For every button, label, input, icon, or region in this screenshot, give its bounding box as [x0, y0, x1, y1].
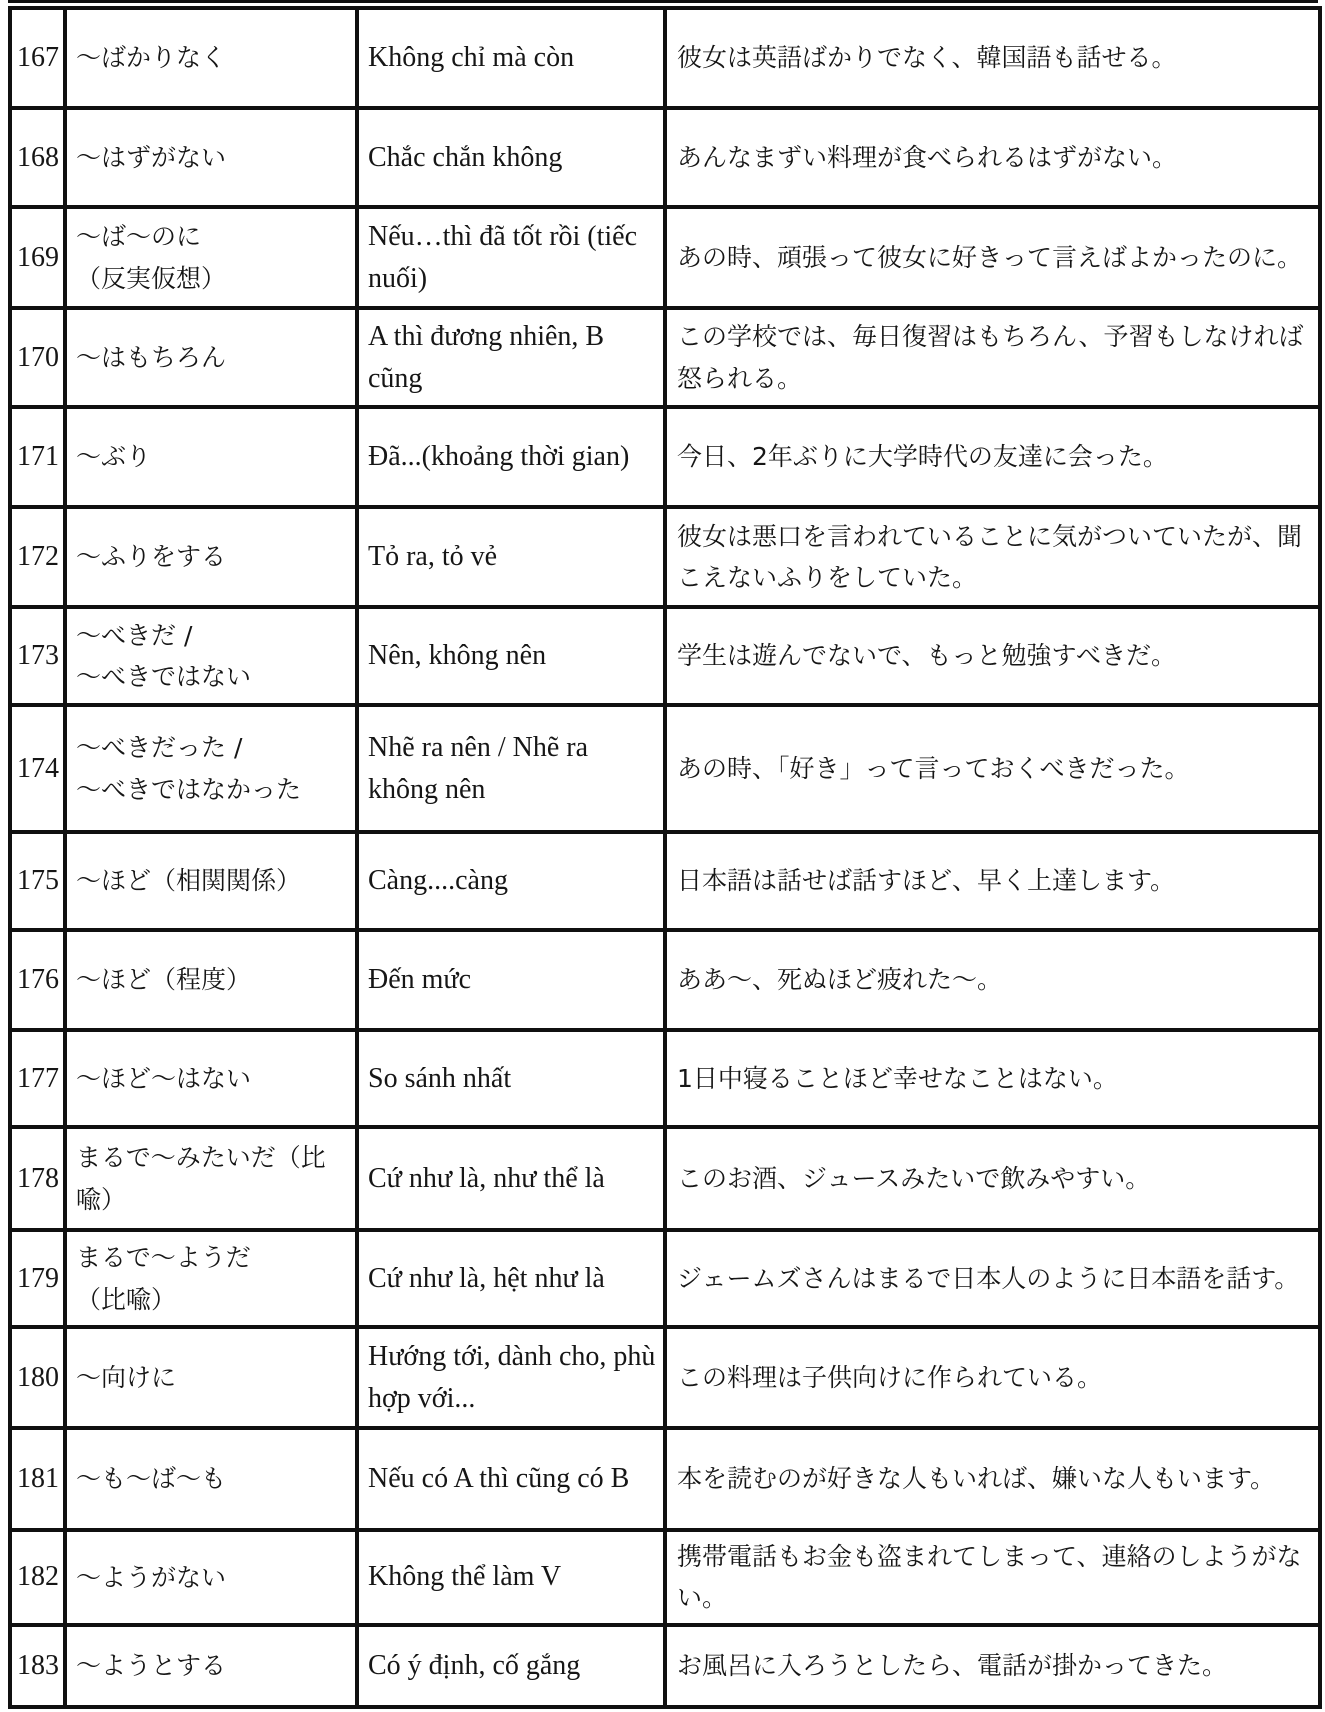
table-row: 183～ようとするCó ý định, cố gắngお風呂に入ろうとしたら、電… [10, 1625, 1320, 1707]
meaning-cell: Đã...(khoảng thời gian) [357, 407, 665, 507]
row-number-cell: 168 [10, 108, 65, 207]
table-row: 169～ば～のに （反実仮想）Nếu…thì đã tốt rồi (tiếc … [10, 207, 1320, 308]
grammar-table: 167～ばかりなくKhông chỉ mà còn彼女は英語ばかりでなく、韓国語… [8, 6, 1322, 1709]
grammar-pattern-cell: ～ようがない [65, 1530, 357, 1625]
meaning-cell: Nếu…thì đã tốt rồi (tiếc nuối) [357, 207, 665, 308]
meaning-cell: Tỏ ra, tỏ vẻ [357, 507, 665, 607]
table-row: 173～べきだ / ～べきではないNên, không nên学生は遊んでないで… [10, 607, 1320, 705]
table-row: 178まるで～みたいだ（比喩）Cứ như là, như thể làこのお酒… [10, 1127, 1320, 1230]
meaning-cell: Nhẽ ra nên / Nhẽ ra không nên [357, 705, 665, 832]
meaning-cell: A thì đương nhiên, B cũng [357, 308, 665, 407]
grammar-pattern-cell: ～はもちろん [65, 308, 357, 407]
meaning-cell: Có ý định, cố gắng [357, 1625, 665, 1707]
example-sentence-cell: ジェームズさんはまるで日本人のように日本語を話す。 [665, 1230, 1320, 1327]
example-sentence-cell: この料理は子供向けに作られている。 [665, 1327, 1320, 1428]
table-row: 179まるで～ようだ （比喩）Cứ như là, hệt như làジェーム… [10, 1230, 1320, 1327]
row-number-cell: 178 [10, 1127, 65, 1230]
example-sentence-cell: あの時、「好き」って言っておくべきだった。 [665, 705, 1320, 832]
grammar-pattern-cell: ～ばかりなく [65, 8, 357, 108]
grammar-pattern-cell: ～ふりをする [65, 507, 357, 607]
table-row: 168～はずがないChắc chắn khôngあんなまずい料理が食べられるはず… [10, 108, 1320, 207]
grammar-pattern-cell: ～向けに [65, 1327, 357, 1428]
row-number-cell: 180 [10, 1327, 65, 1428]
example-sentence-cell: 彼女は英語ばかりでなく、韓国語も話せる。 [665, 8, 1320, 108]
table-row: 180～向けにHướng tới, dành cho, phù hợp với.… [10, 1327, 1320, 1428]
row-number-cell: 167 [10, 8, 65, 108]
example-sentence-cell: あの時、頑張って彼女に好きって言えばよかったのに。 [665, 207, 1320, 308]
table-row: 182～ようがないKhông thể làm V携帯電話もお金も盗まれてしまって… [10, 1530, 1320, 1625]
document-page: 167～ばかりなくKhông chỉ mà còn彼女は英語ばかりでなく、韓国語… [0, 0, 1325, 1712]
table-row: 167～ばかりなくKhông chỉ mà còn彼女は英語ばかりでなく、韓国語… [10, 8, 1320, 108]
meaning-cell: Cứ như là, như thể là [357, 1127, 665, 1230]
grammar-pattern-cell: ～ぶり [65, 407, 357, 507]
meaning-cell: Nên, không nên [357, 607, 665, 705]
grammar-pattern-cell: ～ほど～はない [65, 1030, 357, 1127]
meaning-cell: Chắc chắn không [357, 108, 665, 207]
example-sentence-cell: この学校では、毎日復習はもちろん、予習もしなければ怒られる。 [665, 308, 1320, 407]
meaning-cell: So sánh nhất [357, 1030, 665, 1127]
cropped-row-border [8, 0, 1318, 3]
meaning-cell: Càng....càng [357, 832, 665, 930]
row-number-cell: 169 [10, 207, 65, 308]
row-number-cell: 172 [10, 507, 65, 607]
grammar-pattern-cell: まるで～ようだ （比喩） [65, 1230, 357, 1327]
table-row: 170～はもちろんA thì đương nhiên, B cũngこの学校では… [10, 308, 1320, 407]
example-sentence-cell: 学生は遊んでないで、もっと勉強すべきだ。 [665, 607, 1320, 705]
meaning-cell: Đến mức [357, 930, 665, 1030]
grammar-pattern-cell: ～ほど（程度） [65, 930, 357, 1030]
table-row: 177～ほど～はないSo sánh nhất1日中寝ることほど幸せなことはない。 [10, 1030, 1320, 1127]
table-row: 176～ほど（程度）Đến mứcああ～、死ぬほど疲れた～。 [10, 930, 1320, 1030]
grammar-pattern-cell: ～ようとする [65, 1625, 357, 1707]
row-number-cell: 171 [10, 407, 65, 507]
table-row: 174～べきだった / ～べきではなかったNhẽ ra nên / Nhẽ ra… [10, 705, 1320, 832]
meaning-cell: Không thể làm V [357, 1530, 665, 1625]
grammar-pattern-cell: ～べきだ / ～べきではない [65, 607, 357, 705]
grammar-pattern-cell: ～も～ば～も [65, 1428, 357, 1530]
grammar-pattern-cell: ～ほど（相関関係） [65, 832, 357, 930]
row-number-cell: 183 [10, 1625, 65, 1707]
table-row: 181～も～ば～もNếu có A thì cũng có B本を読むのが好きな… [10, 1428, 1320, 1530]
grammar-pattern-cell: ～べきだった / ～べきではなかった [65, 705, 357, 832]
example-sentence-cell: 1日中寝ることほど幸せなことはない。 [665, 1030, 1320, 1127]
grammar-table-body: 167～ばかりなくKhông chỉ mà còn彼女は英語ばかりでなく、韓国語… [10, 8, 1320, 1707]
meaning-cell: Hướng tới, dành cho, phù hợp với... [357, 1327, 665, 1428]
meaning-cell: Không chỉ mà còn [357, 8, 665, 108]
row-number-cell: 173 [10, 607, 65, 705]
example-sentence-cell: ああ～、死ぬほど疲れた～。 [665, 930, 1320, 1030]
example-sentence-cell: 携帯電話もお金も盗まれてしまって、連絡のしようがない。 [665, 1530, 1320, 1625]
grammar-pattern-cell: まるで～みたいだ（比喩） [65, 1127, 357, 1230]
example-sentence-cell: お風呂に入ろうとしたら、電話が掛かってきた。 [665, 1625, 1320, 1707]
table-row: 172～ふりをするTỏ ra, tỏ vẻ彼女は悪口を言われていることに気がつい… [10, 507, 1320, 607]
meaning-cell: Cứ như là, hệt như là [357, 1230, 665, 1327]
example-sentence-cell: 今日、2年ぶりに大学時代の友達に会った。 [665, 407, 1320, 507]
grammar-pattern-cell: ～はずがない [65, 108, 357, 207]
row-number-cell: 177 [10, 1030, 65, 1127]
row-number-cell: 182 [10, 1530, 65, 1625]
row-number-cell: 170 [10, 308, 65, 407]
example-sentence-cell: 彼女は悪口を言われていることに気がついていたが、聞こえないふりをしていた。 [665, 507, 1320, 607]
row-number-cell: 179 [10, 1230, 65, 1327]
table-row: 171～ぶりĐã...(khoảng thời gian)今日、2年ぶりに大学時… [10, 407, 1320, 507]
row-number-cell: 175 [10, 832, 65, 930]
row-number-cell: 176 [10, 930, 65, 1030]
row-number-cell: 181 [10, 1428, 65, 1530]
table-row: 175～ほど（相関関係）Càng....càng日本語は話せば話すほど、早く上達… [10, 832, 1320, 930]
example-sentence-cell: 日本語は話せば話すほど、早く上達します。 [665, 832, 1320, 930]
example-sentence-cell: 本を読むのが好きな人もいれば、嫌いな人もいます。 [665, 1428, 1320, 1530]
meaning-cell: Nếu có A thì cũng có B [357, 1428, 665, 1530]
example-sentence-cell: このお酒、ジュースみたいで飲みやすい。 [665, 1127, 1320, 1230]
row-number-cell: 174 [10, 705, 65, 832]
grammar-pattern-cell: ～ば～のに （反実仮想） [65, 207, 357, 308]
example-sentence-cell: あんなまずい料理が食べられるはずがない。 [665, 108, 1320, 207]
